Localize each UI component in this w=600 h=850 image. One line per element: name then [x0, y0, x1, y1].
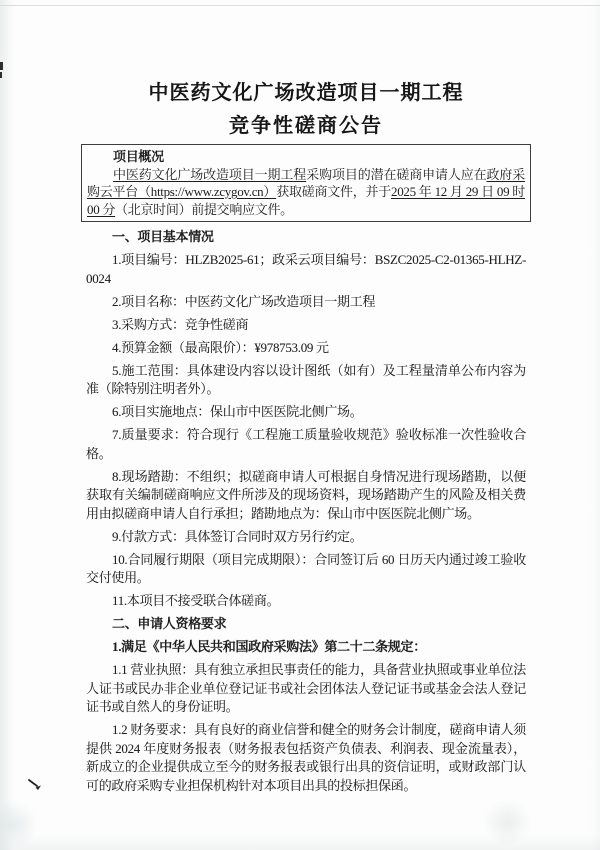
list-item-budget: 4.预算金额（最高限价）：¥978753.09 元 [86, 339, 526, 358]
overview-heading: 项目概况 [87, 148, 525, 166]
pen-mark-artifact [27, 778, 45, 792]
list-item-project-location: 6.项目实施地点：保山市中医医院北侧广场。 [86, 403, 526, 422]
list-item-contract-period: 10.合同履行期限（项目完成期限）：合同签订后 60 日历天内通过竣工验收交付使… [86, 551, 526, 588]
scanned-page: 中医药文化广场改造项目一期工程 竞争性磋商公告 项目概况 中医药文化广场改造项目… [0, 0, 600, 850]
overview-text: 获取磋商文件，并于 [276, 184, 391, 199]
section-heading-qualification: 二、申请人资格要求 [86, 615, 526, 634]
scan-smudge [0, 800, 38, 850]
scan-artifact [0, 72, 2, 78]
scan-artifact [0, 62, 3, 70]
project-overview-box: 项目概况 中医药文化广场改造项目一期工程采购项目的潜在磋商申请人应在政府采购云平… [81, 144, 531, 222]
overview-text: （北京时间）前提交响应文件。 [115, 202, 293, 217]
list-item-project-name: 2.项目名称：中医药文化广场改造项目一期工程 [86, 293, 526, 312]
list-item-procurement-method: 3.采购方式：竞争性磋商 [86, 316, 526, 335]
list-item-payment-method: 9.付款方式：具体签订合同时双方另行约定。 [86, 528, 526, 547]
project-name-underlined: 中医药文化广场改造项目一期工程 [113, 167, 306, 182]
list-item-no-consortium: 11.本项目不接受联合体磋商。 [86, 592, 526, 611]
document-title-line2: 竞争性磋商公告 [86, 113, 526, 139]
overview-text: 采购项目的潜在磋商申请人应在 [306, 167, 486, 182]
list-item-site-survey: 8.现场踏勘：不组织；拟磋商申请人可根据自身情况进行现场踏勘，以便获取有关编制磋… [86, 468, 526, 524]
section-heading-basic-info: 一、项目基本情况 [86, 228, 526, 247]
list-item-project-number: 1.项目编号：HLZB2025-61；政采云项目编号：BSZC2025-C2-0… [86, 251, 526, 288]
list-item-business-license: 1.1 营业执照：具有独立承担民事责任的能力，具备营业执照或事业单位法人证书或民… [86, 661, 526, 717]
scan-smudge [480, 800, 535, 845]
list-item-financial-requirement: 1.2 财务要求：具有良好的商业信誉和健全的财务会计制度，磋商申请人须提供 20… [86, 721, 526, 795]
list-item-construction-scope: 5.施工范围：具体建设内容以设计图纸（如有）及工程量清单公布内容为准（除特别注明… [86, 362, 526, 399]
list-item-quality-requirement: 7.质量要求：符合现行《工程施工质量验收规范》验收标准一次性验收合格。 [86, 426, 526, 463]
list-item-law-article22: 1.满足《中华人民共和国政府采购法》第二十二条规定： [86, 638, 526, 657]
document-body: 中医药文化广场改造项目一期工程 竞争性磋商公告 项目概况 中医药文化广场改造项目… [86, 0, 526, 795]
document-title-line1: 中医药文化广场改造项目一期工程 [86, 80, 526, 106]
overview-paragraph: 中医药文化广场改造项目一期工程采购项目的潜在磋商申请人应在政府采购云平台（htt… [87, 166, 525, 219]
